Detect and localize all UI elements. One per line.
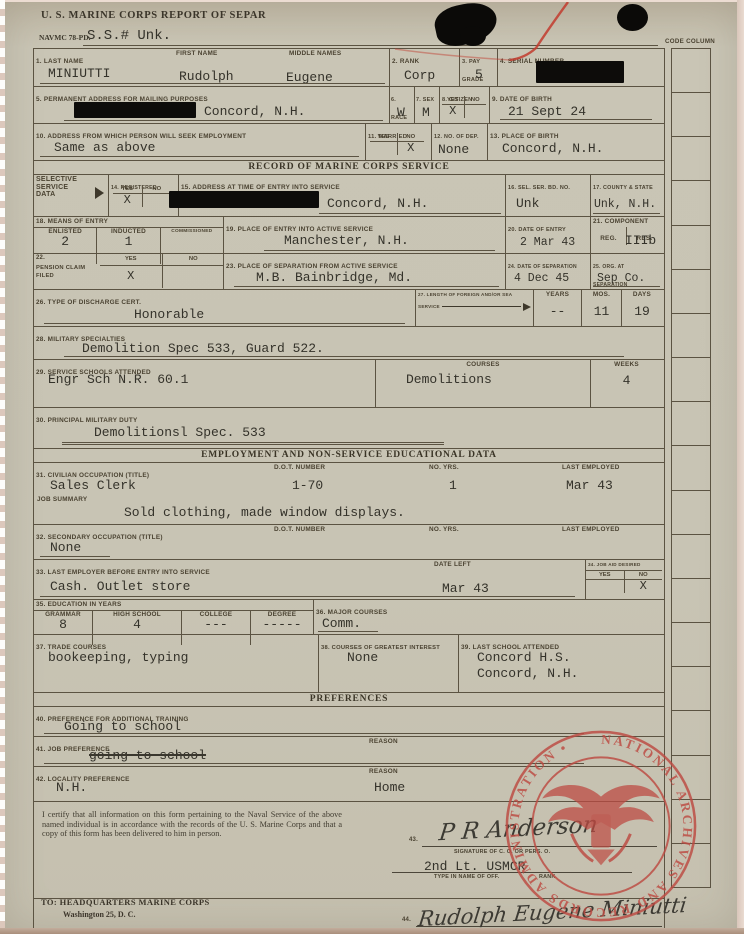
hole-punch-mark — [617, 4, 648, 31]
certification-block: I certify that all information on this f… — [34, 802, 664, 898]
officer-rank-label: RANK — [539, 874, 556, 882]
scan-edge-right — [737, 0, 744, 934]
row-name-rank: 1. LAST NAME FIRST NAME MIDDLE NAMES MIN… — [34, 49, 664, 87]
entry-address-redaction — [169, 191, 319, 208]
job-preference-value: going to school — [89, 749, 206, 763]
row-principal-duty: 30. PRINCIPAL MILITARY DUTY Demolitionsl… — [34, 408, 664, 448]
date-left-value: Mar 43 — [442, 582, 489, 596]
row-selective-service: SELECTIVE SERVICE DATA 14. REGISTERED YE… — [34, 175, 664, 217]
field-foreign-years: YEARS -- — [534, 290, 582, 326]
dischargee-signature: Rudolph Eugene Miniutti — [417, 894, 688, 930]
code-column-cell — [672, 226, 710, 270]
married-no-mark: X — [398, 142, 425, 155]
last-name-label: 1. LAST NAME — [36, 58, 83, 65]
row-locality-preference: 42. LOCALITY PREFERENCE REASON N.H. Home — [34, 767, 664, 802]
dis-sig-number: 44. — [402, 917, 411, 924]
race-value: W — [397, 106, 405, 120]
foreign-months-value: 11 — [584, 305, 619, 319]
field-pay-grade: 3. PAY GRADE 5 — [460, 49, 498, 86]
service-schools-value: Engr Sch N.R. 60.1 — [48, 373, 188, 387]
principal-duty-value: Demolitionsl Spec. 533 — [94, 426, 266, 440]
field-county-state: 17. COUNTY & STATE Unk, N.H. — [591, 175, 662, 216]
major-courses-value: Comm. — [322, 617, 361, 631]
field-sel-ser-bd-no: 16. SEL. SER. BD. NO. Unk — [506, 175, 591, 216]
ssn-line: S.S.# Unk. — [87, 28, 171, 44]
row-secondary-occupation: 32. SECONDARY OCCUPATION (TITLE) D.O.T. … — [34, 525, 664, 560]
foreign-years-value: -- — [536, 305, 579, 319]
code-column-cell — [672, 181, 710, 225]
field-civilian-occupation: 31. CIVILIAN OCCUPATION (TITLE) D.O.T. N… — [34, 463, 664, 524]
training-preference-value: Going to school — [64, 720, 181, 734]
form-title: U. S. MARINE CORPS REPORT OF SEPAR — [41, 10, 266, 21]
field-place-of-entry: 19. PLACE OF ENTRY INTO ACTIVE SERVICE M… — [224, 217, 506, 253]
military-specialties-value: Demolition Spec 533, Guard 522. — [82, 342, 324, 356]
date-of-entry-value: 2 Mar 43 — [520, 236, 575, 250]
row-certification: I certify that all information on this f… — [34, 802, 664, 899]
field-last-school: 39. LAST SCHOOL ATTENDED Concord H.S. Co… — [459, 635, 662, 692]
code-column — [671, 48, 711, 888]
field-org-at-separation: 25. ORG. AT SEPARATION Sep Co. — [591, 254, 662, 289]
code-column-cell — [672, 800, 710, 844]
field-date-of-birth: 9. DATE OF BIRTH 21 Sept 24 — [490, 87, 660, 123]
field-military-specialties: 28. MILITARY SPECIALTIES Demolition Spec… — [34, 327, 664, 359]
section-record-of-service: RECORD OF MARINE CORPS SERVICE — [34, 161, 664, 175]
co-signature: P R Anderson — [438, 814, 599, 844]
field-education: 35. EDUCATION IN YEARS GRAMMAR 8 HIGH SC… — [34, 600, 314, 634]
enlisted-value: 2 — [34, 235, 96, 249]
foreign-service-label-cell: 27. LENGTH OF FOREIGN AND/OR SEA SERVICE — [416, 290, 534, 326]
degree-value: ----- — [251, 618, 313, 632]
field-sex: 7. SEX M — [415, 87, 440, 123]
civilian-occupation-value: Sales Clerk — [50, 479, 136, 493]
arrow-line — [442, 306, 521, 307]
scanned-document: U. S. MARINE CORPS REPORT OF SEPAR NAVMC… — [0, 0, 744, 934]
row-entry: 18. MEANS OF ENTRY ENLISTED 2 INDUCTED 1… — [34, 217, 664, 254]
code-column-cell — [672, 844, 710, 887]
arrow-right-icon — [95, 187, 104, 199]
last-school-value1: Concord H.S. — [477, 651, 571, 665]
field-major-courses: 36. MAJOR COURSES Comm. — [314, 600, 662, 634]
interest-courses-value: None — [347, 651, 378, 665]
college-value: --- — [182, 618, 250, 632]
field-courses: COURSES Demolitions — [376, 360, 591, 407]
code-column-cell — [672, 314, 710, 358]
citizen-no-mark — [465, 105, 487, 118]
permanent-address-value: Concord, N.H. — [204, 105, 305, 119]
registered-yes-no: YESNO X — [113, 185, 171, 207]
high-school-value: 4 — [93, 618, 181, 632]
registered-no-mark — [143, 194, 172, 207]
field-component: 21. COMPONENT REG. RES. IIIb — [591, 217, 662, 253]
rank-value: Corp — [404, 69, 435, 83]
scan-edge-bottom — [0, 928, 744, 934]
arrow-head-icon — [523, 303, 531, 311]
component-value: IIIb — [625, 234, 656, 248]
row-specialties: 28. MILITARY SPECIALTIES Demolition Spec… — [34, 327, 664, 360]
sex-value: M — [422, 106, 430, 120]
field-job-preference: 41. JOB PREFERENCE REASON going to schoo… — [34, 737, 664, 766]
field-discharge-type: 26. TYPE OF DISCHARGE CERT. Honorable — [34, 290, 416, 326]
middle-names-label: MIDDLE NAMES — [289, 50, 341, 58]
citizen-yes-mark: X — [442, 105, 465, 118]
field-trade-courses: 37. TRADE COURSES bookeeping, typing — [34, 635, 319, 692]
section-employment: EMPLOYMENT AND NON-SERVICE EDUCATIONAL D… — [34, 448, 664, 463]
form-grid: 1. LAST NAME FIRST NAME MIDDLE NAMES MIN… — [33, 48, 665, 934]
field-place-of-birth: 13. PLACE OF BIRTH Concord, N.H. — [488, 124, 660, 160]
field-race: 6. RACE W — [390, 87, 415, 123]
code-column-cell — [672, 579, 710, 623]
locality-reason-value: Home — [374, 781, 405, 795]
row-last-employer: 33. LAST EMPLOYER BEFORE ENTRY INTO SERV… — [34, 560, 664, 600]
field-last-employer: 33. LAST EMPLOYER BEFORE ENTRY INTO SERV… — [34, 560, 586, 599]
field-weeks: WEEKS 4 — [591, 360, 662, 407]
weeks-value: 4 — [593, 374, 660, 388]
job-aid-yes-no: YESNO X — [586, 571, 662, 593]
dependents-value: None — [438, 143, 469, 157]
footer-address: Washington 25, D. C. — [63, 910, 135, 919]
code-column-cell — [672, 491, 710, 535]
code-column-cell — [672, 270, 710, 314]
certification-text: I certify that all information on this f… — [42, 810, 342, 839]
code-column-cell — [672, 711, 710, 755]
field-entry-address: 15. ADDRESS AT TIME OF ENTRY INTO SERVIC… — [179, 175, 506, 216]
row-education: 35. EDUCATION IN YEARS GRAMMAR 8 HIGH SC… — [34, 600, 664, 635]
married-yes-mark — [370, 142, 398, 155]
row-address-birth: 5. PERMANENT ADDRESS FOR MAILING PURPOSE… — [34, 87, 664, 124]
locality-preference-value: N.H. — [56, 781, 87, 795]
footer-to-line: TO: HEADQUARTERS MARINE CORPS — [41, 897, 210, 907]
citizen-yes-no: YESNO X — [442, 96, 486, 118]
last-employer-value: Cash. Outlet store — [50, 580, 190, 594]
row-training-preference: 40. PREFERENCE FOR ADDITIONAL TRAINING G… — [34, 707, 664, 737]
field-principal-duty: 30. PRINCIPAL MILITARY DUTY Demolitionsl… — [34, 408, 664, 448]
pay-grade-value: 5 — [475, 68, 483, 82]
ssn-rule — [83, 45, 658, 46]
address-redaction — [74, 102, 196, 118]
field-rank: 2. RANK Corp — [390, 49, 460, 86]
field-means-of-entry: 18. MEANS OF ENTRY ENLISTED 2 INDUCTED 1… — [34, 217, 224, 253]
field-foreign-days: DAYS 19 — [622, 290, 662, 326]
no-yrs-value: 1 — [449, 479, 457, 493]
last-employed-value: Mar 43 — [566, 479, 613, 493]
code-column-cell — [672, 93, 710, 137]
field-permanent-address: 5. PERMANENT ADDRESS FOR MAILING PURPOSE… — [34, 87, 390, 123]
inducted-value: 1 — [97, 235, 159, 249]
courses-value: Demolitions — [406, 373, 492, 387]
row-trade-courses: 37. TRADE COURSES bookeeping, typing 38.… — [34, 635, 664, 693]
row-separation: 22. PENSION CLAIM FILED YESNO X 23. PLAC… — [34, 254, 664, 290]
row-employment-birthplace: 10. ADDRESS FROM WHICH PERSON WILL SEEK … — [34, 124, 664, 161]
org-at-separation-value: Sep Co. — [597, 272, 645, 286]
married-yes-no: YESNO X — [370, 133, 424, 155]
field-place-of-separation: 23. PLACE OF SEPARATION FROM ACTIVE SERV… — [224, 254, 506, 289]
co-signature-label: SIGNATURE OF C. O. OR PERS. O. — [454, 849, 550, 857]
field-date-of-separation: 24. DATE OF SEPARATION 4 Dec 45 — [506, 254, 591, 289]
date-of-separation-value: 4 Dec 45 — [514, 272, 569, 286]
officer-name-label: TYPE IN NAME OF OFF. — [434, 874, 500, 882]
pension-yes-no: YESNO X — [100, 254, 224, 289]
pension-no-mark — [163, 266, 225, 288]
place-of-birth-value: Concord, N.H. — [502, 142, 603, 156]
trade-courses-value: bookeeping, typing — [48, 651, 188, 665]
co-sig-number: 43. — [409, 837, 418, 844]
last-school-value2: Concord, N.H. — [477, 667, 578, 681]
field-date-of-entry: 20. DATE OF ENTRY 2 Mar 43 — [506, 217, 591, 253]
job-aid-yes-mark — [586, 580, 625, 593]
code-column-label: CODE COLUMN — [665, 38, 715, 45]
dot-number-value: 1-70 — [292, 479, 323, 493]
county-state-value: Unk, N.H. — [594, 198, 656, 212]
field-training-preference: 40. PREFERENCE FOR ADDITIONAL TRAINING G… — [34, 707, 664, 736]
employment-address-value: Same as above — [54, 141, 155, 155]
date-of-birth-value: 21 Sept 24 — [508, 105, 586, 119]
selective-service-block: SELECTIVE SERVICE DATA — [34, 175, 109, 216]
field-serial-number: 4. SERIAL NUMBER — [498, 49, 660, 86]
code-column-cell — [672, 667, 710, 711]
field-employment-address: 10. ADDRESS FROM WHICH PERSON WILL SEEK … — [34, 124, 366, 160]
code-column-cell — [672, 402, 710, 446]
pension-yes-mark: X — [100, 266, 163, 288]
code-column-cell — [672, 446, 710, 490]
code-column-cell — [672, 358, 710, 402]
code-column-cell — [672, 623, 710, 667]
row-service-schools: 29. SERVICE SCHOOLS ATTENDED Engr Sch N.… — [34, 360, 664, 408]
job-summary-value: Sold clothing, made window displays. — [124, 506, 405, 520]
row-discharge: 26. TYPE OF DISCHARGE CERT. Honorable 27… — [34, 290, 664, 327]
row-civilian-occupation: 31. CIVILIAN OCCUPATION (TITLE) D.O.T. N… — [34, 463, 664, 525]
registered-yes-mark: X — [113, 194, 143, 207]
last-name-value: MINIUTTI — [48, 67, 110, 81]
place-of-entry-value: Manchester, N.H. — [284, 234, 409, 248]
section-preferences: PREFERENCES — [34, 693, 664, 707]
perforated-edge — [0, 0, 5, 934]
field-married: 11. MARRIED YESNO X — [366, 124, 432, 160]
field-pension-claim: 22. PENSION CLAIM FILED — [34, 254, 100, 289]
field-job-aid: 34. JOB AID DESIRED YESNO X — [586, 560, 662, 599]
foreign-days-value: 19 — [624, 305, 660, 319]
sel-ser-bd-no-value: Unk — [516, 197, 539, 211]
row-job-preference: 41. JOB PREFERENCE REASON going to schoo… — [34, 737, 664, 767]
field-locality-preference: 42. LOCALITY PREFERENCE REASON N.H. Home — [34, 767, 664, 801]
form-number: NAVMC 78-PD. — [39, 33, 91, 42]
entry-address-value: Concord, N.H. — [327, 197, 428, 211]
field-interest-courses: 38. COURSES OF GREATEST INTEREST None — [319, 635, 459, 692]
code-column-cell — [672, 137, 710, 181]
place-of-separation-value: M.B. Bainbridge, Md. — [256, 271, 412, 285]
first-name-value: Rudolph — [179, 70, 234, 84]
discharge-type-value: Honorable — [134, 308, 204, 322]
serial-number-redaction — [536, 61, 624, 83]
paper: U. S. MARINE CORPS REPORT OF SEPAR NAVMC… — [5, 2, 738, 930]
field-citizen: 8. CITIZEN YESNO X — [440, 87, 490, 123]
code-column-cell — [672, 756, 710, 800]
field-secondary-occupation: 32. SECONDARY OCCUPATION (TITLE) D.O.T. … — [34, 525, 664, 559]
grammar-value: 8 — [34, 618, 92, 632]
field-name: 1. LAST NAME FIRST NAME MIDDLE NAMES MIN… — [34, 49, 390, 86]
field-dependents: 12. NO. OF DEP. None — [432, 124, 488, 160]
field-service-schools: 29. SERVICE SCHOOLS ATTENDED Engr Sch N.… — [34, 360, 376, 407]
field-foreign-months: MOS. 11 — [582, 290, 622, 326]
job-aid-no-mark: X — [625, 580, 663, 593]
code-column-cell — [672, 535, 710, 579]
code-column-cell — [672, 49, 710, 93]
component-reg-label: REG. — [600, 235, 617, 242]
first-name-label: FIRST NAME — [176, 50, 218, 58]
ink-blot-small — [460, 26, 486, 46]
secondary-occupation-value: None — [50, 541, 81, 555]
